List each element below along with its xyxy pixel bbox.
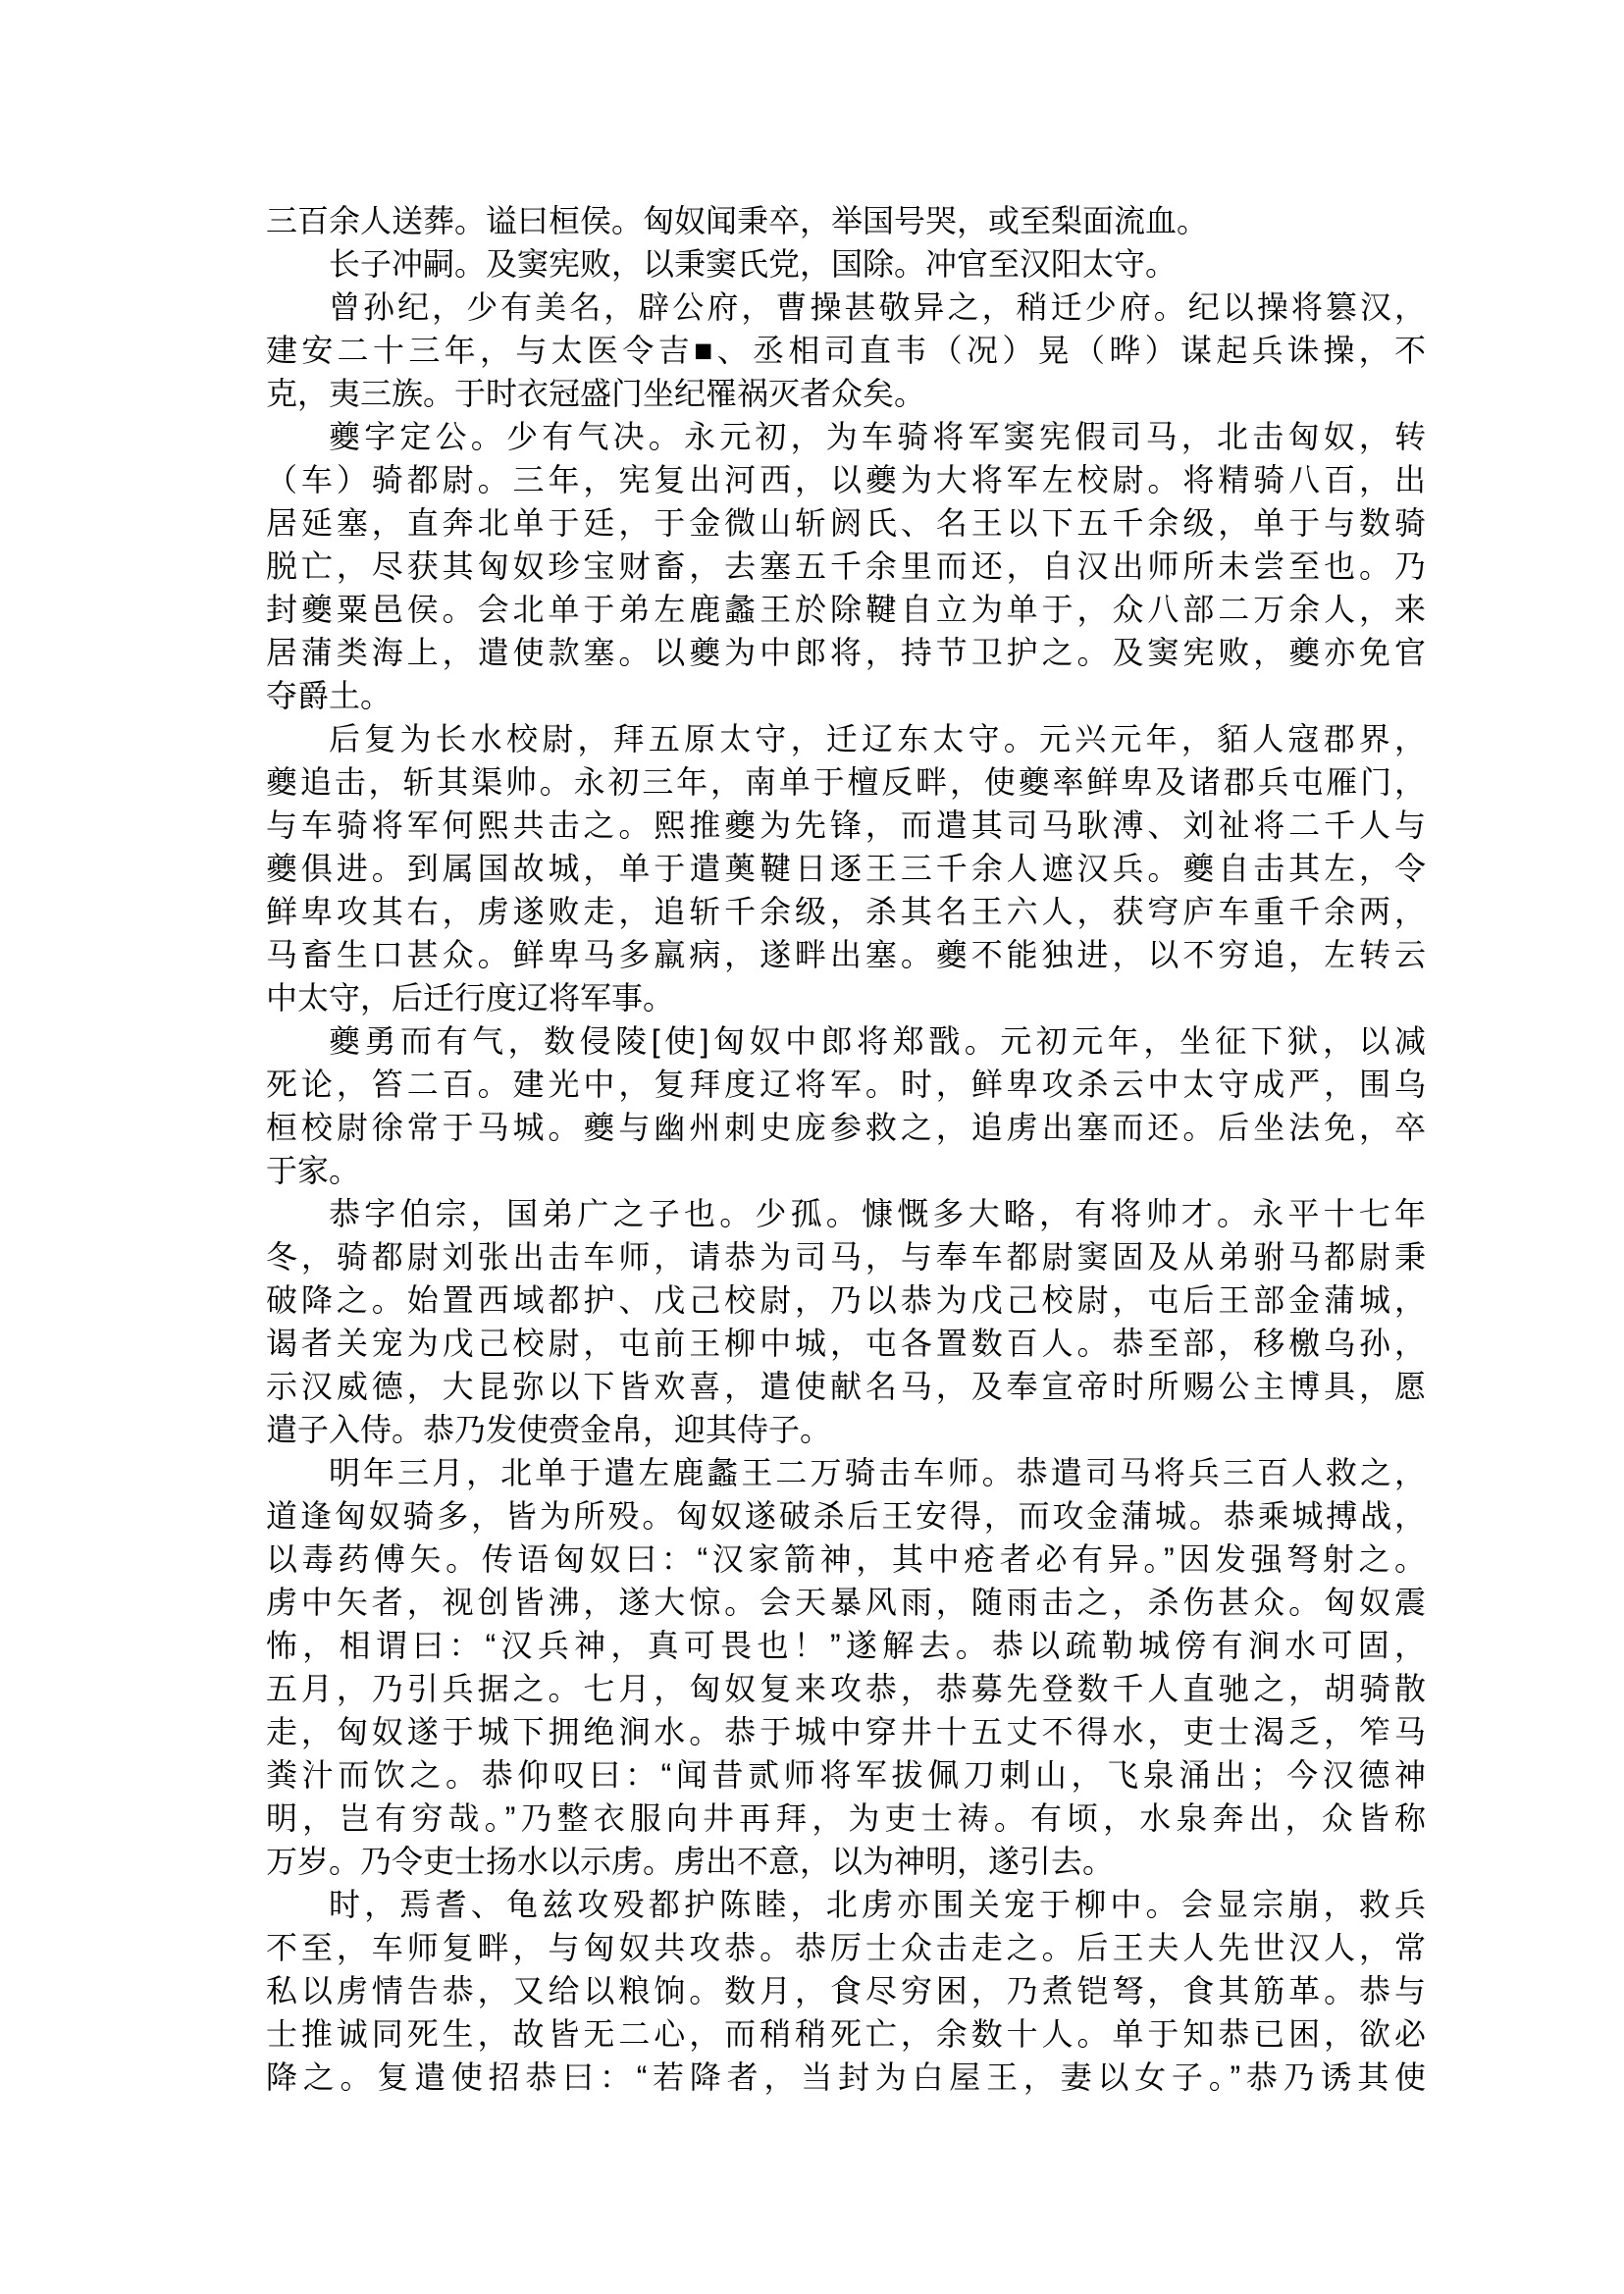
text-line: 时，焉耆、龟兹攻殁都护陈睦，北虏亦围关宠于柳中。会显宗崩，救兵 [266,1883,1426,1926]
text-line: 夔勇而有气，数侵陵[使]匈奴中郎将郑戬。元初元年，坐征下狱，以减 [266,1019,1426,1063]
text-line: 中太守，后迁行度辽将军事。 [266,976,1426,1019]
text-line: 后复为长水校尉，拜五原太守，迁辽东太守。元兴元年，貊人寇郡界， [266,717,1426,760]
paragraph: 恭字伯宗，国弟广之子也。少孤。慷慨多大略，有将帅才。永平十七年冬，骑都尉刘张出击… [266,1192,1426,1451]
paragraph: 曾孙纪，少有美名，辟公府，曹操甚敬异之，稍迁少府。纪以操将篡汉，建安二十三年，与… [266,286,1426,415]
text-line: 居蒲类海上，遣使款塞。以夔为中郎将，持节卫护之。及窦宪败，夔亦免官 [266,631,1426,674]
text-line: 夔俱进。到属国故城，单于遣薁鞬日逐王三千余人遮汉兵。夔自击其左，令 [266,847,1426,890]
paragraph: 夔勇而有气，数侵陵[使]匈奴中郎将郑戬。元初元年，坐征下狱，以减死论，笞二百。建… [266,1019,1426,1192]
text-line: 破降之。始置西域都护、戊己校尉，乃以恭为戊己校尉，屯后王部金蒲城， [266,1278,1426,1322]
text-line: 明年三月，北单于遣左鹿蠡王二万骑击车师。恭遣司马将兵三百人救之， [266,1451,1426,1494]
text-line: 夔字定公。少有气决。永元初，为车骑将军窦宪假司马，北击匈奴，转 [266,415,1426,458]
text-line: 示汉威德，大昆弥以下皆欢喜，遣使献名马，及奉宣帝时所赐公主博具，愿 [266,1365,1426,1408]
text-line: 怖，相谓曰：“汉兵神，真可畏也！”遂解去。恭以疏勒城傍有涧水可固， [266,1624,1426,1667]
text-line: 冬，骑都尉刘张出击车师，请恭为司马，与奉车都尉窦固及从弟驸马都尉秉 [266,1235,1426,1278]
text-line: 以毒药傅矢。传语匈奴曰：“汉家箭神，其中疮者必有异。”因发强弩射之。 [266,1538,1426,1581]
text-line: 谒者关宠为戊己校尉，屯前王柳中城，屯各置数百人。恭至部，移檄乌孙， [266,1322,1426,1365]
text-line: 夺爵土。 [266,674,1426,717]
text-line: 居延塞，直奔北单于廷，于金微山斩阏氏、名王以下五千余级，单于与数骑 [266,501,1426,545]
text-line: 私以虏情告恭，又给以粮饷。数月，食尽穷困，乃煮铠弩，食其筋革。恭与 [266,1969,1426,2012]
text-line: 三百余人送葬。谥曰桓侯。匈奴闻秉卒，举国号哭，或至梨面流血。 [266,199,1426,242]
document-page: 三百余人送葬。谥曰桓侯。匈奴闻秉卒，举国号哭，或至梨面流血。长子冲嗣。及窦宪败，… [0,0,1624,2294]
text-line: 不至，车师复畔，与匈奴共攻恭。恭厉士众击走之。后王夫人先世汉人，常 [266,1926,1426,1969]
text-line: 与车骑将军何熙共击之。熙推夔为先锋，而遣其司马耿溥、刘祉将二千人与 [266,804,1426,847]
text-line: （车）骑都尉。三年，宪复出河西，以夔为大将军左校尉。将精骑八百，出 [266,458,1426,501]
text-line: 建安二十三年，与太医令吉■、丞相司直韦（况）晃（晔）谋起兵诛操，不 [266,329,1426,372]
text-line: 士推诚同死生，故皆无二心，而稍稍死亡，余数十人。单于知恭已困，欲必 [266,2012,1426,2056]
text-line: 夔追击，斩其渠帅。永初三年，南单于檀反畔，使夔率鲜卑及诸郡兵屯雁门， [266,760,1426,804]
text-line: 曾孙纪，少有美名，辟公府，曹操甚敬异之，稍迁少府。纪以操将篡汉， [266,286,1426,329]
text-line: 五月，乃引兵据之。七月，匈奴复来攻恭，恭募先登数千人直驰之，胡骑散 [266,1667,1426,1710]
paragraph: 长子冲嗣。及窦宪败，以秉窦氏党，国除。冲官至汉阳太守。 [266,242,1426,286]
text-line: 虏中矢者，视创皆沸，遂大惊。会天暴风雨，随雨击之，杀伤甚众。匈奴震 [266,1581,1426,1624]
text-block: 三百余人送葬。谥曰桓侯。匈奴闻秉卒，举国号哭，或至梨面流血。长子冲嗣。及窦宪败，… [266,199,1426,2099]
paragraph: 明年三月，北单于遣左鹿蠡王二万骑击车师。恭遣司马将兵三百人救之，道逢匈奴骑多，皆… [266,1451,1426,1883]
paragraph: 时，焉耆、龟兹攻殁都护陈睦，北虏亦围关宠于柳中。会显宗崩，救兵不至，车师复畔，与… [266,1883,1426,2099]
text-line: 长子冲嗣。及窦宪败，以秉窦氏党，国除。冲官至汉阳太守。 [266,242,1426,286]
text-line: 遣子入侍。恭乃发使赍金帛，迎其侍子。 [266,1408,1426,1451]
paragraph: 三百余人送葬。谥曰桓侯。匈奴闻秉卒，举国号哭，或至梨面流血。 [266,199,1426,242]
text-line: 恭字伯宗，国弟广之子也。少孤。慷慨多大略，有将帅才。永平十七年 [266,1192,1426,1235]
text-line: 明，岂有穷哉。”乃整衣服向井再拜，为吏士祷。有顷，水泉奔出，众皆称 [266,1797,1426,1840]
paragraph: 夔字定公。少有气决。永元初，为车骑将军窦宪假司马，北击匈奴，转（车）骑都尉。三年… [266,415,1426,717]
text-line: 克，夷三族。于时衣冠盛门坐纪罹祸灭者众矣。 [266,372,1426,415]
text-line: 万岁。乃令吏士扬水以示虏。虏出不意，以为神明，遂引去。 [266,1840,1426,1883]
text-line: 降之。复遣使招恭曰：“若降者，当封为白屋王，妻以女子。”恭乃诱其使 [266,2056,1426,2099]
text-line: 道逢匈奴骑多，皆为所殁。匈奴遂破杀后王安得，而攻金蒲城。恭乘城搏战， [266,1494,1426,1538]
text-line: 桓校尉徐常于马城。夔与幽州刺史庞参救之，追虏出塞而还。后坐法免，卒 [266,1106,1426,1149]
text-line: 鲜卑攻其右，虏遂败走，追斩千余级，杀其名王六人，获穹庐车重千余两， [266,890,1426,933]
text-line: 粪汁而饮之。恭仰叹曰：“闻昔贰师将军拔佩刀刺山，飞泉涌出；今汉德神 [266,1753,1426,1797]
text-line: 死论，笞二百。建光中，复拜度辽将军。时，鲜卑攻杀云中太守成严，围乌 [266,1063,1426,1106]
text-line: 脱亡，尽获其匈奴珍宝财畜，去塞五千余里而还，自汉出师所未尝至也。乃 [266,545,1426,588]
text-line: 走，匈奴遂于城下拥绝涧水。恭于城中穿井十五丈不得水，吏士渴乏，笮马 [266,1710,1426,1753]
paragraph: 后复为长水校尉，拜五原太守，迁辽东太守。元兴元年，貊人寇郡界，夔追击，斩其渠帅。… [266,717,1426,1019]
text-line: 封夔粟邑侯。会北单于弟左鹿蠡王於除鞬自立为单于，众八部二万余人，来 [266,588,1426,631]
text-line: 于家。 [266,1149,1426,1192]
text-line: 马畜生口甚众。鲜卑马多羸病，遂畔出塞。夔不能独进，以不穷追，左转云 [266,933,1426,976]
